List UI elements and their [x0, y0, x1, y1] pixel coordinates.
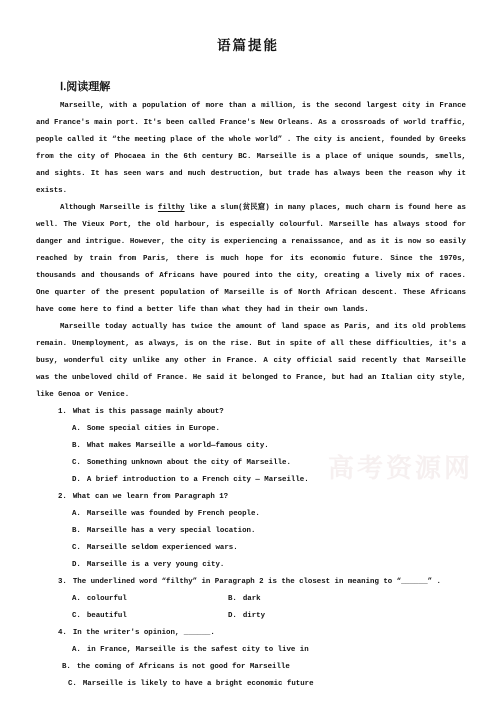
- option-label: C.: [72, 544, 81, 552]
- question-number: 1.: [58, 408, 67, 416]
- option-c: C.beautiful: [72, 608, 228, 625]
- underlined-word: filthy: [158, 204, 185, 212]
- option-label: A.: [72, 595, 81, 603]
- passage-text: Marseille, with a population of more tha…: [36, 102, 466, 195]
- option-text: Some special cities in Europe.: [87, 425, 220, 433]
- question-stem: 3.The underlined word “filthy” in Paragr…: [36, 574, 466, 591]
- question-text: What can we learn from Paragraph 1?: [73, 493, 228, 501]
- option-c: C.Marseille is likely to have a bright e…: [36, 676, 466, 693]
- question-number: 3.: [58, 578, 67, 586]
- section-heading: Ⅰ.阅读理解: [60, 78, 496, 94]
- option-text: Marseille was founded by French people.: [87, 510, 260, 518]
- question-1: 1.What is this passage mainly about?A.So…: [36, 404, 466, 489]
- option-a: A.Some special cities in Europe.: [36, 421, 466, 438]
- question-stem: 4.In the writer's opinion, ______.: [36, 625, 466, 642]
- option-d: D.Marseille is a very young city.: [36, 557, 466, 574]
- option-text: beautiful: [87, 612, 127, 620]
- option-a: A.colourful: [72, 591, 228, 608]
- option-b: B.Marseille has a very special location.: [36, 523, 466, 540]
- question-stem: 2.What can we learn from Paragraph 1?: [36, 489, 466, 506]
- passage-paragraph-2: Although Marseille is filthy like a slum…: [36, 200, 466, 319]
- option-c: C.Something unknown about the city of Ma…: [36, 455, 466, 472]
- passage-text: like a slum(贫民窟) in many places, much ch…: [36, 204, 466, 314]
- passage-paragraph-3: Marseille today actually has twice the a…: [36, 319, 466, 404]
- option-label: C.: [72, 459, 81, 467]
- reading-passage: Marseille, with a population of more tha…: [36, 98, 466, 404]
- question-text: In the writer's opinion, ______.: [73, 629, 215, 637]
- option-text: Marseille is a very young city.: [87, 561, 225, 569]
- option-text: A brief introduction to a French city — …: [87, 476, 309, 484]
- option-label: C.: [72, 612, 81, 620]
- option-b: B.What makes Marseille a world—famous ci…: [36, 438, 466, 455]
- option-label: B.: [228, 595, 237, 603]
- doc-title: 语篇提能: [0, 0, 496, 54]
- option-label: A.: [72, 510, 81, 518]
- option-text: colourful: [87, 595, 127, 603]
- option-row: A.colourfulB.dark: [36, 591, 466, 608]
- document-page: 语篇提能 Ⅰ.阅读理解 Marseille, with a population…: [0, 0, 496, 702]
- option-c: C.Marseille seldom experienced wars.: [36, 540, 466, 557]
- option-b: B.the coming of Africans is not good for…: [36, 659, 466, 676]
- option-d: D.A brief introduction to a French city …: [36, 472, 466, 489]
- option-label: D.: [72, 561, 81, 569]
- question-2: 2.What can we learn from Paragraph 1?A.M…: [36, 489, 466, 574]
- option-label: D.: [72, 476, 81, 484]
- passage-text: Although Marseille is: [60, 204, 158, 212]
- option-text: in France, Marseille is the safest city …: [87, 646, 309, 654]
- option-text: dark: [243, 595, 261, 603]
- option-label: A.: [72, 646, 81, 654]
- option-label: C.: [68, 680, 77, 688]
- option-text: the coming of Africans is not good for M…: [77, 663, 290, 671]
- option-b: B.dark: [228, 591, 261, 608]
- option-text: Marseille has a very special location.: [87, 527, 256, 535]
- question-text: What is this passage mainly about?: [73, 408, 224, 416]
- option-label: B.: [72, 527, 81, 535]
- option-a: A.in France, Marseille is the safest cit…: [36, 642, 466, 659]
- option-text: Marseille is likely to have a bright eco…: [83, 680, 314, 688]
- option-text: What makes Marseille a world—famous city…: [87, 442, 269, 450]
- option-text: Marseille seldom experienced wars.: [87, 544, 238, 552]
- option-label: A.: [72, 425, 81, 433]
- question-number: 4.: [58, 629, 67, 637]
- option-a: A.Marseille was founded by French people…: [36, 506, 466, 523]
- option-label: B.: [72, 442, 81, 450]
- option-d: D.dirty: [228, 608, 265, 625]
- passage-text: Marseille today actually has twice the a…: [36, 323, 466, 399]
- option-label: B.: [62, 663, 71, 671]
- passage-paragraph-1: Marseille, with a population of more tha…: [36, 98, 466, 200]
- option-text: Something unknown about the city of Mars…: [87, 459, 291, 467]
- option-row: C.beautifulD.dirty: [36, 608, 466, 625]
- question-number: 2.: [58, 493, 67, 501]
- option-label: D.: [228, 612, 237, 620]
- question-4: 4.In the writer's opinion, ______.A.in F…: [36, 625, 466, 693]
- questions-list: 1.What is this passage mainly about?A.So…: [36, 404, 466, 693]
- question-stem: 1.What is this passage mainly about?: [36, 404, 466, 421]
- option-text: dirty: [243, 612, 265, 620]
- question-text: The underlined word “filthy” in Paragrap…: [73, 578, 441, 586]
- question-3: 3.The underlined word “filthy” in Paragr…: [36, 574, 466, 625]
